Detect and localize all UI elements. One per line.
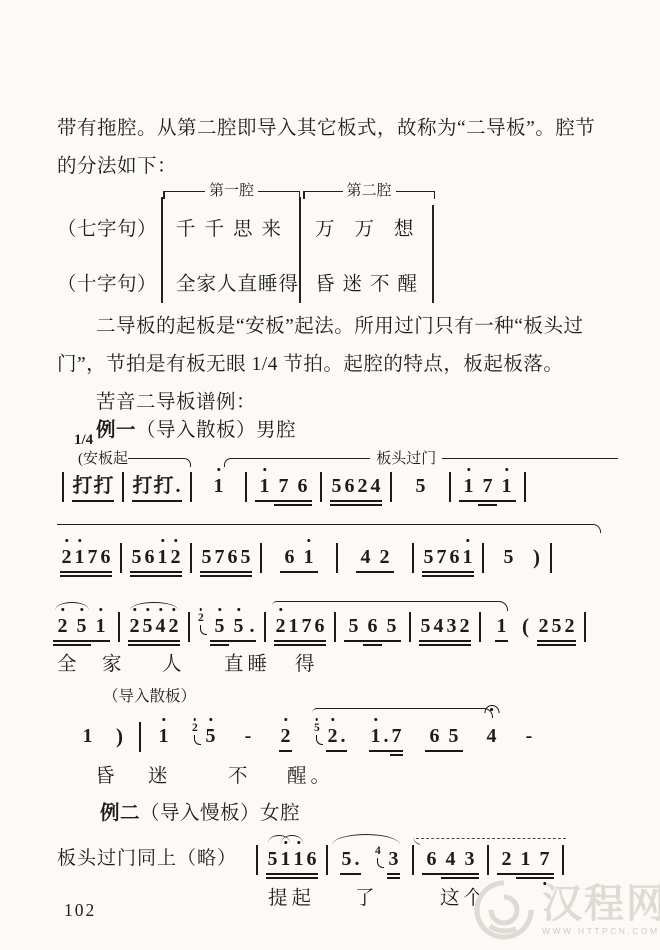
beam-underline [422, 575, 474, 577]
note-group: 5432 [419, 613, 471, 639]
measure-arc [332, 834, 400, 845]
beam-underline [130, 571, 182, 573]
beam-underline [210, 640, 256, 642]
barline [482, 543, 484, 573]
anban-bracket: (安板起 [78, 450, 191, 468]
page-number: 102 [64, 900, 96, 921]
beam-underline [497, 873, 554, 875]
octave-dot-high [161, 539, 164, 542]
beam-underline [419, 644, 471, 646]
barline [449, 472, 451, 502]
note-group: 1 [81, 723, 94, 749]
beam-underline [422, 873, 479, 875]
table-vline-middle [299, 197, 301, 303]
phrase-slur [312, 708, 493, 718]
bantou-bracket-hook [224, 458, 235, 467]
grace-note: 2 [198, 608, 210, 626]
octave-dot-high [99, 608, 102, 611]
beam-underline [459, 500, 516, 502]
bantou-label: 板头过门 [370, 450, 442, 468]
music-row-2: 217656125765614257615) [57, 543, 557, 570]
grace-note: 2 [192, 718, 204, 736]
octave-dot-high [374, 718, 377, 721]
barline [562, 845, 564, 875]
note-group: 65 [425, 723, 463, 749]
beam-underline [53, 640, 110, 642]
lyric-syllable: 直睡 [224, 648, 271, 676]
note-group: 643 [422, 846, 479, 872]
example1-label: 例一 [96, 420, 136, 441]
barline [479, 612, 481, 642]
beam-underline [495, 640, 508, 642]
note-group: 565 [344, 613, 401, 639]
beam-underline [200, 575, 252, 577]
note-group: 251 [53, 613, 110, 639]
note-group: 1.7 [369, 723, 403, 749]
note-group: 52. [314, 723, 347, 749]
barline [550, 543, 552, 573]
beam-underline [330, 504, 382, 506]
dashed-slur [416, 838, 566, 839]
grace-hook [194, 735, 201, 745]
note-group: 5765 [200, 544, 252, 570]
paren-mark: ) [114, 723, 125, 749]
phrase-slur [272, 601, 508, 611]
scanned-book-page: 带有拖腔。从第二腔即导入其它板式，故称为“二导板”。腔节 的分法如下： 第一腔 … [0, 0, 660, 950]
bracket-line [165, 191, 206, 192]
note-group: 1 [212, 473, 225, 499]
beam-underline-partial [53, 644, 91, 646]
table-row1-cell2: 万万想 [315, 213, 434, 241]
lyric-syllable: 全 [57, 648, 81, 676]
beam-underline [128, 644, 180, 646]
table-row2-cell2: 昏迷不醒 [315, 268, 425, 296]
example2-desc: （导入慢板）女腔 [140, 803, 300, 824]
beam-underline [200, 571, 252, 573]
bantou-bracket-line [235, 458, 370, 459]
barline [390, 472, 392, 502]
music-row-3: 2512542255.217656554321(252 [50, 612, 591, 639]
lyric-syllable: 昏 [95, 760, 119, 788]
note-group: 5 [414, 473, 427, 499]
intro-line-1: 带有拖腔。从第二腔即导入其它板式，故称为“二导板”。腔节 [57, 112, 595, 140]
beam-underline [340, 873, 361, 875]
anban-label: (安板起 [78, 450, 128, 468]
table-vline-left [161, 197, 163, 303]
barline [584, 612, 586, 642]
note-group: 打打. [132, 473, 182, 499]
slur-arc [281, 835, 303, 843]
music-row-5: 板头过门同上（略） 51165.43643217 [57, 845, 569, 872]
lyric-syllable: 了 [355, 882, 379, 910]
beam-underline [537, 640, 576, 642]
octave-dot-high [209, 718, 212, 721]
note-group: 2176 [60, 544, 112, 570]
octave-dot-high [174, 539, 177, 542]
music-row-5-cells: 51165.43643217 [251, 845, 569, 872]
example1-desc: （导入散板）男腔 [136, 420, 296, 441]
barline [326, 845, 328, 875]
lyric-syllable: 迷 [148, 760, 172, 788]
barline [245, 472, 247, 502]
lyric-syllable: 家 [102, 648, 126, 676]
beam-underline [266, 877, 318, 879]
beam-underline [425, 750, 463, 752]
bracket-tick [163, 191, 165, 199]
barline [62, 472, 64, 502]
table-header-bracket-2: 第二腔 [303, 191, 435, 203]
note-group: 217 [497, 846, 554, 872]
note-group: 43 [375, 846, 400, 872]
beam-underline [387, 873, 400, 875]
barline [412, 845, 414, 875]
note-group: 2 [279, 723, 292, 749]
barline [190, 543, 192, 573]
beam-underline-partial [390, 754, 403, 756]
note-group: 4 [485, 723, 498, 749]
octave-dot-high [65, 539, 68, 542]
example2-label: 例二 [100, 803, 140, 824]
barline [260, 543, 262, 573]
table-row1-cell1: 千千思来 [176, 213, 290, 241]
beam-underline [356, 571, 394, 573]
octave-dot-high [284, 718, 287, 721]
table-header-1: 第一腔 [205, 184, 258, 198]
table-header-2: 第二腔 [343, 184, 396, 198]
octave-dot-high [331, 718, 334, 721]
bracket-line [305, 191, 343, 192]
beam-underline [422, 571, 474, 573]
beam-underline [330, 500, 382, 502]
grace-hook [377, 858, 384, 868]
beam-underline [128, 640, 180, 642]
beam-underline [280, 571, 318, 573]
table-header-bracket-1: 第一腔 [163, 191, 300, 203]
barline [334, 612, 336, 642]
grace-note: 4 [375, 841, 387, 859]
bracket-tick [434, 191, 436, 199]
beam-underline-partial [363, 644, 382, 646]
slur-arc [55, 602, 89, 610]
beam-underline-partial [210, 644, 229, 646]
table-row2-cell1: 全家人直睡得 [176, 268, 299, 296]
note-group: 1 [157, 723, 170, 749]
beam-underline [344, 640, 401, 642]
beam-underline [60, 571, 112, 573]
slur-arc [130, 602, 178, 610]
barline [524, 472, 526, 502]
note-group: 1 [495, 613, 508, 639]
paren-mark: ( [520, 613, 531, 639]
watermark-url: WWW.HTTPCN.COM [542, 926, 660, 936]
beam-underline [130, 575, 182, 577]
lyric-syllable: 人 [162, 648, 186, 676]
barline [120, 543, 122, 573]
barline [118, 612, 120, 642]
bantou-bracket: 板头过门 [224, 450, 618, 468]
barline [487, 845, 489, 875]
beam-underline [419, 640, 471, 642]
octave-dot-high [162, 718, 165, 721]
lyrics-row-2: 昏迷不醒。 [0, 760, 660, 786]
example1-line: 例一（导入散板）男腔 [96, 414, 296, 442]
octave-dot-high [217, 468, 220, 471]
beam-underline [72, 500, 114, 502]
score-intro-line: 苦音二导板谱例： [96, 386, 256, 414]
lyric-syllable: 醒。 [287, 760, 334, 788]
lyrics-row-1: 全家人直睡得 [0, 648, 660, 674]
beam-underline [369, 750, 403, 752]
body-line-1: 二导板的起板是“安板”起法。所用过门只有一种“板头过 [96, 310, 583, 338]
beam-underline [326, 750, 347, 752]
table-row1-label: （七字句） [57, 213, 157, 241]
lyrics-row-3: 提起了这个 [0, 882, 660, 908]
note-group: 5 [502, 544, 515, 570]
note-group: 61 [280, 544, 318, 570]
grace-hook [316, 735, 323, 745]
note-group: 171 [459, 473, 516, 499]
barline [122, 472, 124, 502]
octave-dot-high [263, 468, 266, 471]
lyric-syllable: 这个 [440, 882, 487, 910]
barline [320, 472, 322, 502]
beam-underline-partial [478, 504, 497, 506]
beam-underline [266, 873, 318, 875]
barline [412, 543, 414, 573]
note-group: 5612 [130, 544, 182, 570]
note-group: 252 [537, 613, 576, 639]
beam-underline [274, 640, 326, 642]
beam-underline [60, 575, 112, 577]
note-group: 25 [192, 723, 217, 749]
bantou-bracket-line [442, 458, 618, 459]
barline [409, 612, 411, 642]
barline [190, 472, 192, 502]
beam-underline [537, 644, 576, 646]
music-row-1: 打打打打.117656245171 [57, 472, 531, 499]
grace-note: 5 [314, 718, 326, 736]
bracket-tick [303, 191, 305, 199]
barline [336, 543, 338, 573]
duration-dash: - [520, 723, 538, 749]
octave-dot-high [505, 468, 508, 471]
note-group: 255. [198, 613, 256, 639]
duration-dash: - [239, 723, 257, 749]
beam-underline [274, 644, 326, 646]
beam-underline [255, 500, 312, 502]
intro-line-2: 的分法如下： [57, 150, 177, 178]
note-group: 176 [255, 473, 312, 499]
lyric-syllable: 得 [295, 648, 319, 676]
beam-underline-partial [274, 504, 312, 506]
note-group: 5624 [330, 473, 382, 499]
bracket-line [396, 191, 434, 192]
octave-dot-high [307, 539, 310, 542]
bracket-line [258, 191, 299, 192]
beam-underline-partial [441, 877, 479, 879]
octave-dot-high [237, 608, 240, 611]
anban-bracket-line [128, 458, 191, 467]
meter-signature: 1/4 [74, 432, 93, 449]
music-row-4: 1)125-252.1.7654- [70, 722, 549, 749]
note-group: 2542 [128, 613, 180, 639]
sanban-label: （导入散板） [103, 684, 196, 706]
note-group: 5116 [266, 846, 318, 872]
table-row2-label: （十字句） [57, 268, 157, 296]
beam-underline [132, 500, 182, 502]
octave-dot-high [466, 539, 469, 542]
note-group: 42 [356, 544, 394, 570]
barline [139, 722, 141, 752]
barline [188, 612, 190, 642]
grace-hook [200, 625, 207, 635]
beam-underline-partial [516, 877, 554, 879]
lyric-syllable: 不 [228, 760, 252, 788]
note-group: 2176 [274, 613, 326, 639]
note-group: 打打 [72, 473, 114, 499]
octave-dot-high [78, 539, 81, 542]
bantou-continuation-line [57, 524, 601, 533]
barline [256, 845, 258, 875]
tongshang-label: 板头过门同上（略） [57, 846, 237, 872]
example2-line: 例二（导入慢板）女腔 [100, 797, 300, 825]
beam-underline [387, 877, 400, 879]
barline [264, 612, 266, 642]
paren-mark: ) [531, 544, 542, 570]
lyric-syllable: 提起 [268, 882, 315, 910]
note-group: 5. [340, 846, 361, 872]
body-line-2: 门”，节拍是有板无眼 1/4 节拍。起腔的特点，板起板落。 [57, 348, 563, 376]
beam-underline [279, 750, 292, 752]
octave-dot-high [218, 608, 221, 611]
fermata [484, 705, 499, 713]
note-group: 5761 [422, 544, 474, 570]
octave-dot-high [467, 468, 470, 471]
